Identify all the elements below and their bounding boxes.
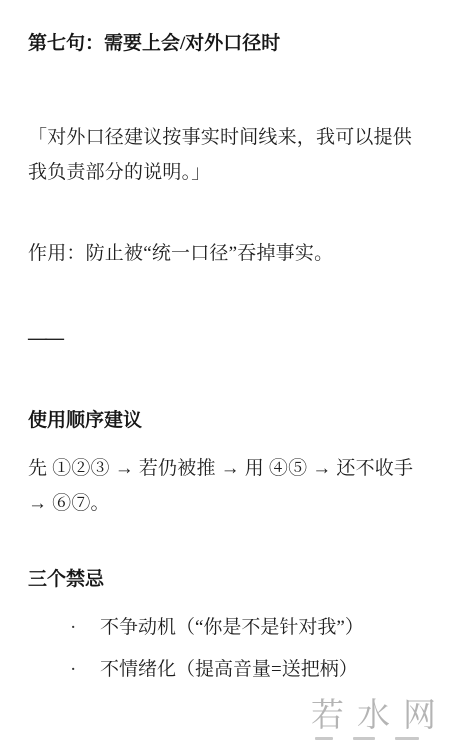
document-page: 第七句：需要上会/对外口径时 「对外口径建议按事实时间线来，我可以提供我负责部分… <box>0 0 450 750</box>
watermark-subtext-bar <box>353 737 375 740</box>
usage-order-heading: 使用顺序建议 <box>28 407 422 435</box>
watermark-text: 若水网 <box>311 697 449 733</box>
taboo-text: 不情绪化（提高音量=送把柄） <box>100 659 358 680</box>
sequence-paragraph: 先 ①②③ → 若仍被推 → 用 ④⑤ → 还不收手 → ⑥⑦。 <box>28 451 422 521</box>
list-item: · 不争动机（“你是不是针对我”） <box>28 610 422 645</box>
taboo-list: · 不争动机（“你是不是针对我”） · 不情绪化（提高音量=送把柄） <box>28 610 422 687</box>
effect-paragraph: 作用：防止被“统一口径”吞掉事实。 <box>28 236 422 271</box>
taboos-heading: 三个禁忌 <box>28 566 422 594</box>
taboo-text: 不争动机（“你是不是针对我”） <box>100 617 364 638</box>
watermark: 若水网 <box>311 697 436 740</box>
watermark-subtext-bar <box>395 737 419 740</box>
section-divider: —— <box>28 328 422 350</box>
watermark-subtext-bar <box>315 737 333 740</box>
section-heading: 第七句：需要上会/对外口径时 <box>28 0 422 58</box>
quote-paragraph: 「对外口径建议按事实时间线来，我可以提供我负责部分的说明。」 <box>28 120 422 190</box>
list-item: · 不情绪化（提高音量=送把柄） <box>28 652 422 687</box>
bullet-dot: · <box>70 610 76 645</box>
bullet-dot: · <box>70 652 76 687</box>
watermark-subtext <box>311 737 436 740</box>
